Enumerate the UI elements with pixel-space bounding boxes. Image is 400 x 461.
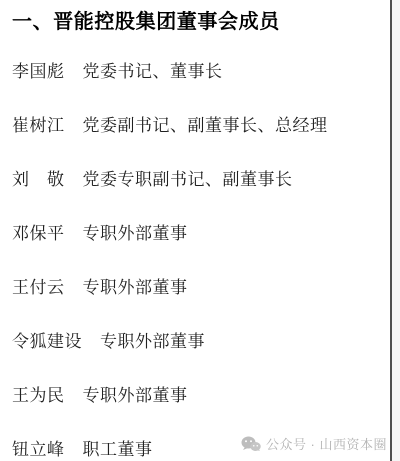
member-title: 党委副书记、副董事长、总经理 bbox=[83, 116, 328, 136]
member-row: 令狐建设 专职外部董事 bbox=[12, 332, 376, 352]
member-name: 刘 敬 bbox=[12, 170, 65, 190]
member-title: 党委书记、董事长 bbox=[83, 62, 223, 82]
page-title: 一、晋能控股集团董事会成员 bbox=[12, 8, 376, 36]
member-name: 令狐建设 bbox=[12, 332, 82, 352]
wechat-icon bbox=[241, 436, 261, 452]
member-title: 职工董事 bbox=[83, 440, 153, 460]
member-title: 专职外部董事 bbox=[83, 386, 188, 406]
member-name: 崔树江 bbox=[12, 116, 65, 136]
member-title: 专职外部董事 bbox=[100, 332, 205, 352]
member-row: 崔树江 党委副书记、副董事长、总经理 bbox=[12, 116, 376, 136]
member-name: 邓保平 bbox=[12, 224, 65, 244]
member-name: 钮立峰 bbox=[12, 440, 65, 460]
right-edge-strip bbox=[392, 0, 400, 461]
member-row: 邓保平 专职外部董事 bbox=[12, 224, 376, 244]
member-row: 王付云 专职外部董事 bbox=[12, 278, 376, 298]
member-row: 李国彪 党委书记、董事长 bbox=[12, 62, 376, 82]
member-list: 李国彪 党委书记、董事长 崔树江 党委副书记、副董事长、总经理 刘 敬 党委专职… bbox=[12, 62, 376, 460]
member-name: 王付云 bbox=[12, 278, 65, 298]
watermark: 公众号 · 山西资本圈 bbox=[241, 434, 387, 453]
member-name: 李国彪 bbox=[12, 62, 65, 82]
member-title: 党委专职副书记、副董事长 bbox=[83, 170, 293, 190]
member-title: 专职外部董事 bbox=[83, 224, 188, 244]
member-title: 专职外部董事 bbox=[83, 278, 188, 298]
member-row: 刘 敬 党委专职副书记、副董事长 bbox=[12, 170, 376, 190]
member-row: 王为民 专职外部董事 bbox=[12, 386, 376, 406]
article-page: 一、晋能控股集团董事会成员 李国彪 党委书记、董事长 崔树江 党委副书记、副董事… bbox=[12, 8, 376, 460]
watermark-text: 公众号 · 山西资本圈 bbox=[266, 434, 387, 453]
member-name: 王为民 bbox=[12, 386, 65, 406]
